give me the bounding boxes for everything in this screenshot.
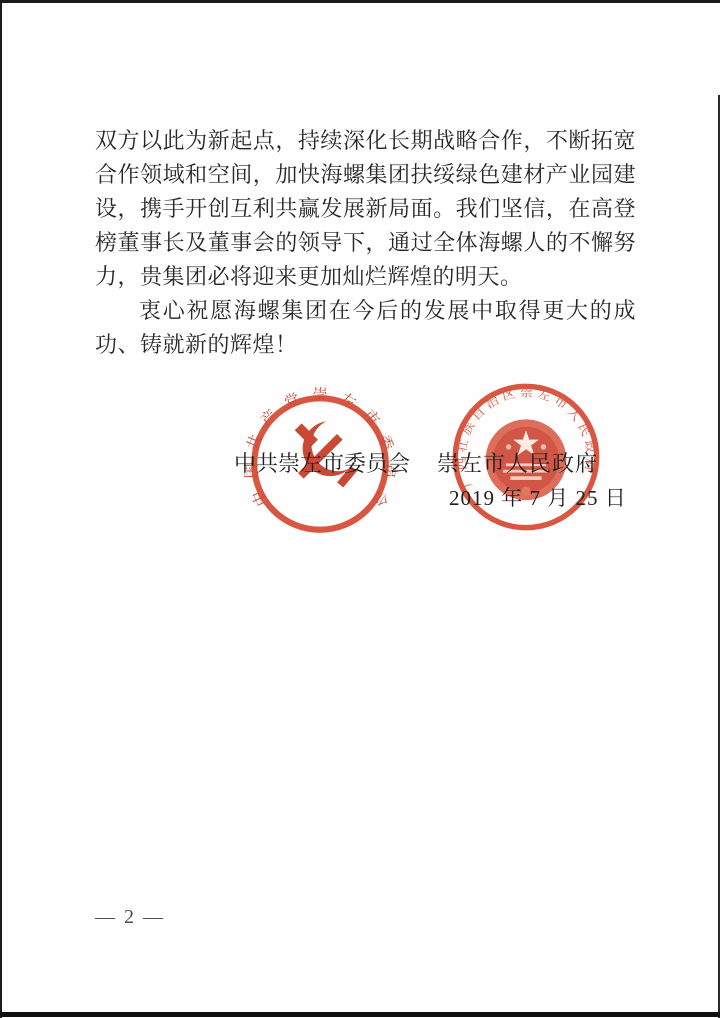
signature-date: 2019 年 7 月 25 日	[449, 482, 627, 512]
scanned-document-page: 双方以此为新起点，持续深化长期战略合作，不断拓宽合作领域和空间，加快海螺集团扶绥…	[0, 0, 720, 1018]
body-paragraph-1: 双方以此为新起点，持续深化长期战略合作，不断拓宽合作领域和空间，加快海螺集团扶绥…	[95, 124, 636, 294]
signature-org-party-committee: 中共崇左市委员会	[234, 447, 410, 478]
scan-edge-left	[0, 0, 2, 1018]
scan-edge-top	[0, 0, 720, 3]
body-paragraph-2: 衷心祝愿海螺集团在今后的发展中取得更大的成功、铸就新的辉煌！	[95, 294, 636, 362]
page-number: — 2 —	[95, 906, 165, 929]
scan-edge-bottom	[0, 1012, 720, 1017]
signature-org-government: 崇左市人民政府	[437, 447, 598, 478]
document-body: 双方以此为新起点，持续深化长期战略合作，不断拓宽合作领域和空间，加快海螺集团扶绥…	[95, 124, 636, 362]
